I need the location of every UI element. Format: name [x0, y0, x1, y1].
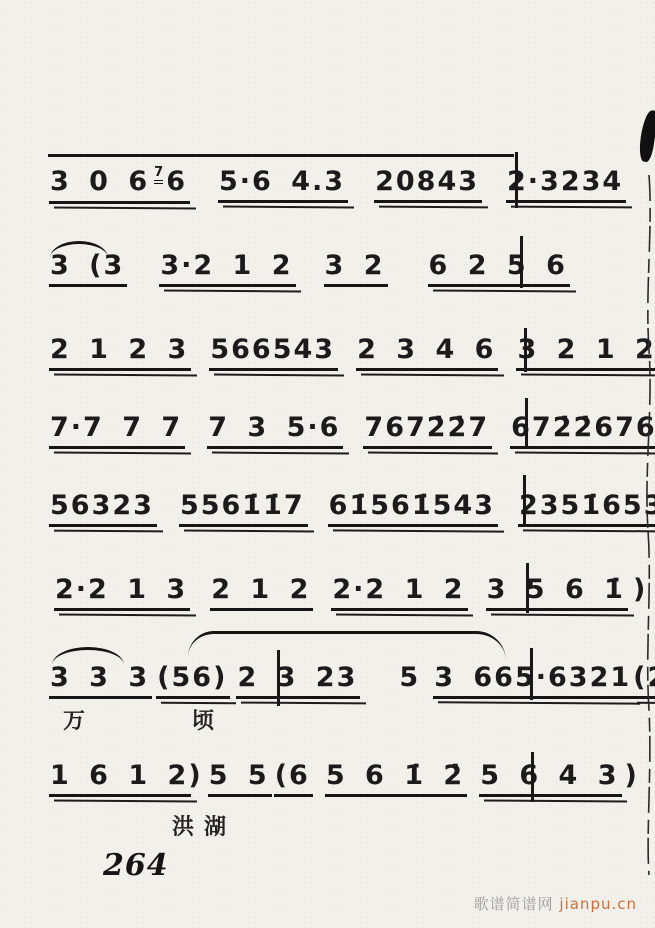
note-group: 5561̇1̇7	[180, 490, 305, 521]
note-group: 1 6 1 2	[50, 760, 188, 791]
note-group: 7·7 7 7	[50, 412, 182, 443]
note-group: 3 5 6 1̇	[487, 574, 625, 605]
note-group: 3 (3	[50, 250, 124, 281]
music-line-7: 3 3 3 (56) 2 3 23 5 3 665·6321 (232	[50, 662, 655, 693]
note-group: 2 1 2 3	[50, 334, 188, 365]
barline	[523, 475, 526, 525]
note-group: 566543	[210, 334, 335, 365]
note-group: (56)	[157, 662, 227, 693]
lyric-qing: 顷	[192, 704, 214, 735]
barline	[277, 650, 280, 706]
barline	[520, 236, 523, 288]
note-group: 2·2 1 2	[332, 574, 464, 605]
note-group: (6	[275, 760, 310, 791]
music-line-4: 7·7 7 7 7 3 5·6 7672̇2̇7 672̇2̇676	[50, 412, 655, 443]
page-edge-scan-line	[625, 0, 655, 928]
note-group: 6 2 5 6	[429, 250, 567, 281]
top-system-rule	[48, 154, 514, 157]
note-group: 7672̇2̇7	[364, 412, 489, 443]
lyric-wan: 万	[63, 704, 85, 735]
note-group: 2 3 23	[237, 662, 357, 693]
barline	[525, 398, 528, 446]
note-group: 5 5	[209, 760, 269, 791]
watermark-site-name: 歌谱简谱网	[474, 895, 554, 913]
sheet-music-page: 3 0 676 5·6 4.3 20843 2·3234 3 (3 3·2 1 …	[0, 0, 655, 928]
music-line-6: 2·2 1 3 2 1 2 2·2 1 2 3 5 6 1̇ )	[55, 574, 647, 605]
note-group: 2·3234	[507, 166, 623, 197]
barline	[526, 563, 529, 613]
note-group: 3·2 1 2	[160, 250, 292, 281]
barline	[524, 328, 527, 372]
lyric-honghu: 洪湖	[172, 810, 236, 841]
slur	[188, 631, 506, 664]
note-group: 20843	[375, 166, 479, 197]
note-group: 3 2	[325, 250, 385, 281]
note-group: 3 3 3	[50, 662, 149, 693]
note-group: 61̇561̇543	[329, 490, 495, 521]
note-group: 5 6 4 3	[480, 760, 618, 791]
grace-note: 7	[154, 166, 163, 184]
music-line-8: 1 6 1 2 ) 5 5 (6 5 6 1̇ 2̇ 5 6 4 3 )	[50, 760, 639, 791]
music-line-3: 2 1 2 3 566543 2 3 4 6 3 2 1 2	[50, 334, 655, 365]
note-group: 56323	[50, 490, 154, 521]
note-group: 3 0 676	[50, 166, 187, 198]
barline	[515, 152, 518, 208]
music-line-2: 3 (3 3·2 1 2 3 2 6 2 5 6	[50, 250, 567, 281]
barline	[531, 752, 534, 802]
note-group: 5·6 4.3	[219, 166, 345, 197]
note-group-text: 3 0 6	[50, 166, 149, 197]
barline	[530, 648, 533, 700]
note-group: 5 6 1̇ 2̇	[326, 760, 464, 791]
note-group: 2 3 4 6	[357, 334, 495, 365]
page-number: 264	[103, 848, 169, 883]
note-group-text: 6	[166, 166, 187, 197]
watermark: 歌谱简谱网 jianpu.cn	[474, 893, 637, 914]
note-group: 2·2 1 3	[55, 574, 187, 605]
note-group: 5	[399, 662, 420, 693]
note-group: 7 3 5·6	[208, 412, 340, 443]
phrase-close-paren: )	[188, 760, 202, 791]
music-line-5: 56323 5561̇1̇7 61̇561̇543 2351̇6535	[50, 490, 655, 521]
note-group: 2 1 2	[211, 574, 310, 605]
music-line-1: 3 0 676 5·6 4.3 20843 2·3234	[50, 166, 623, 198]
